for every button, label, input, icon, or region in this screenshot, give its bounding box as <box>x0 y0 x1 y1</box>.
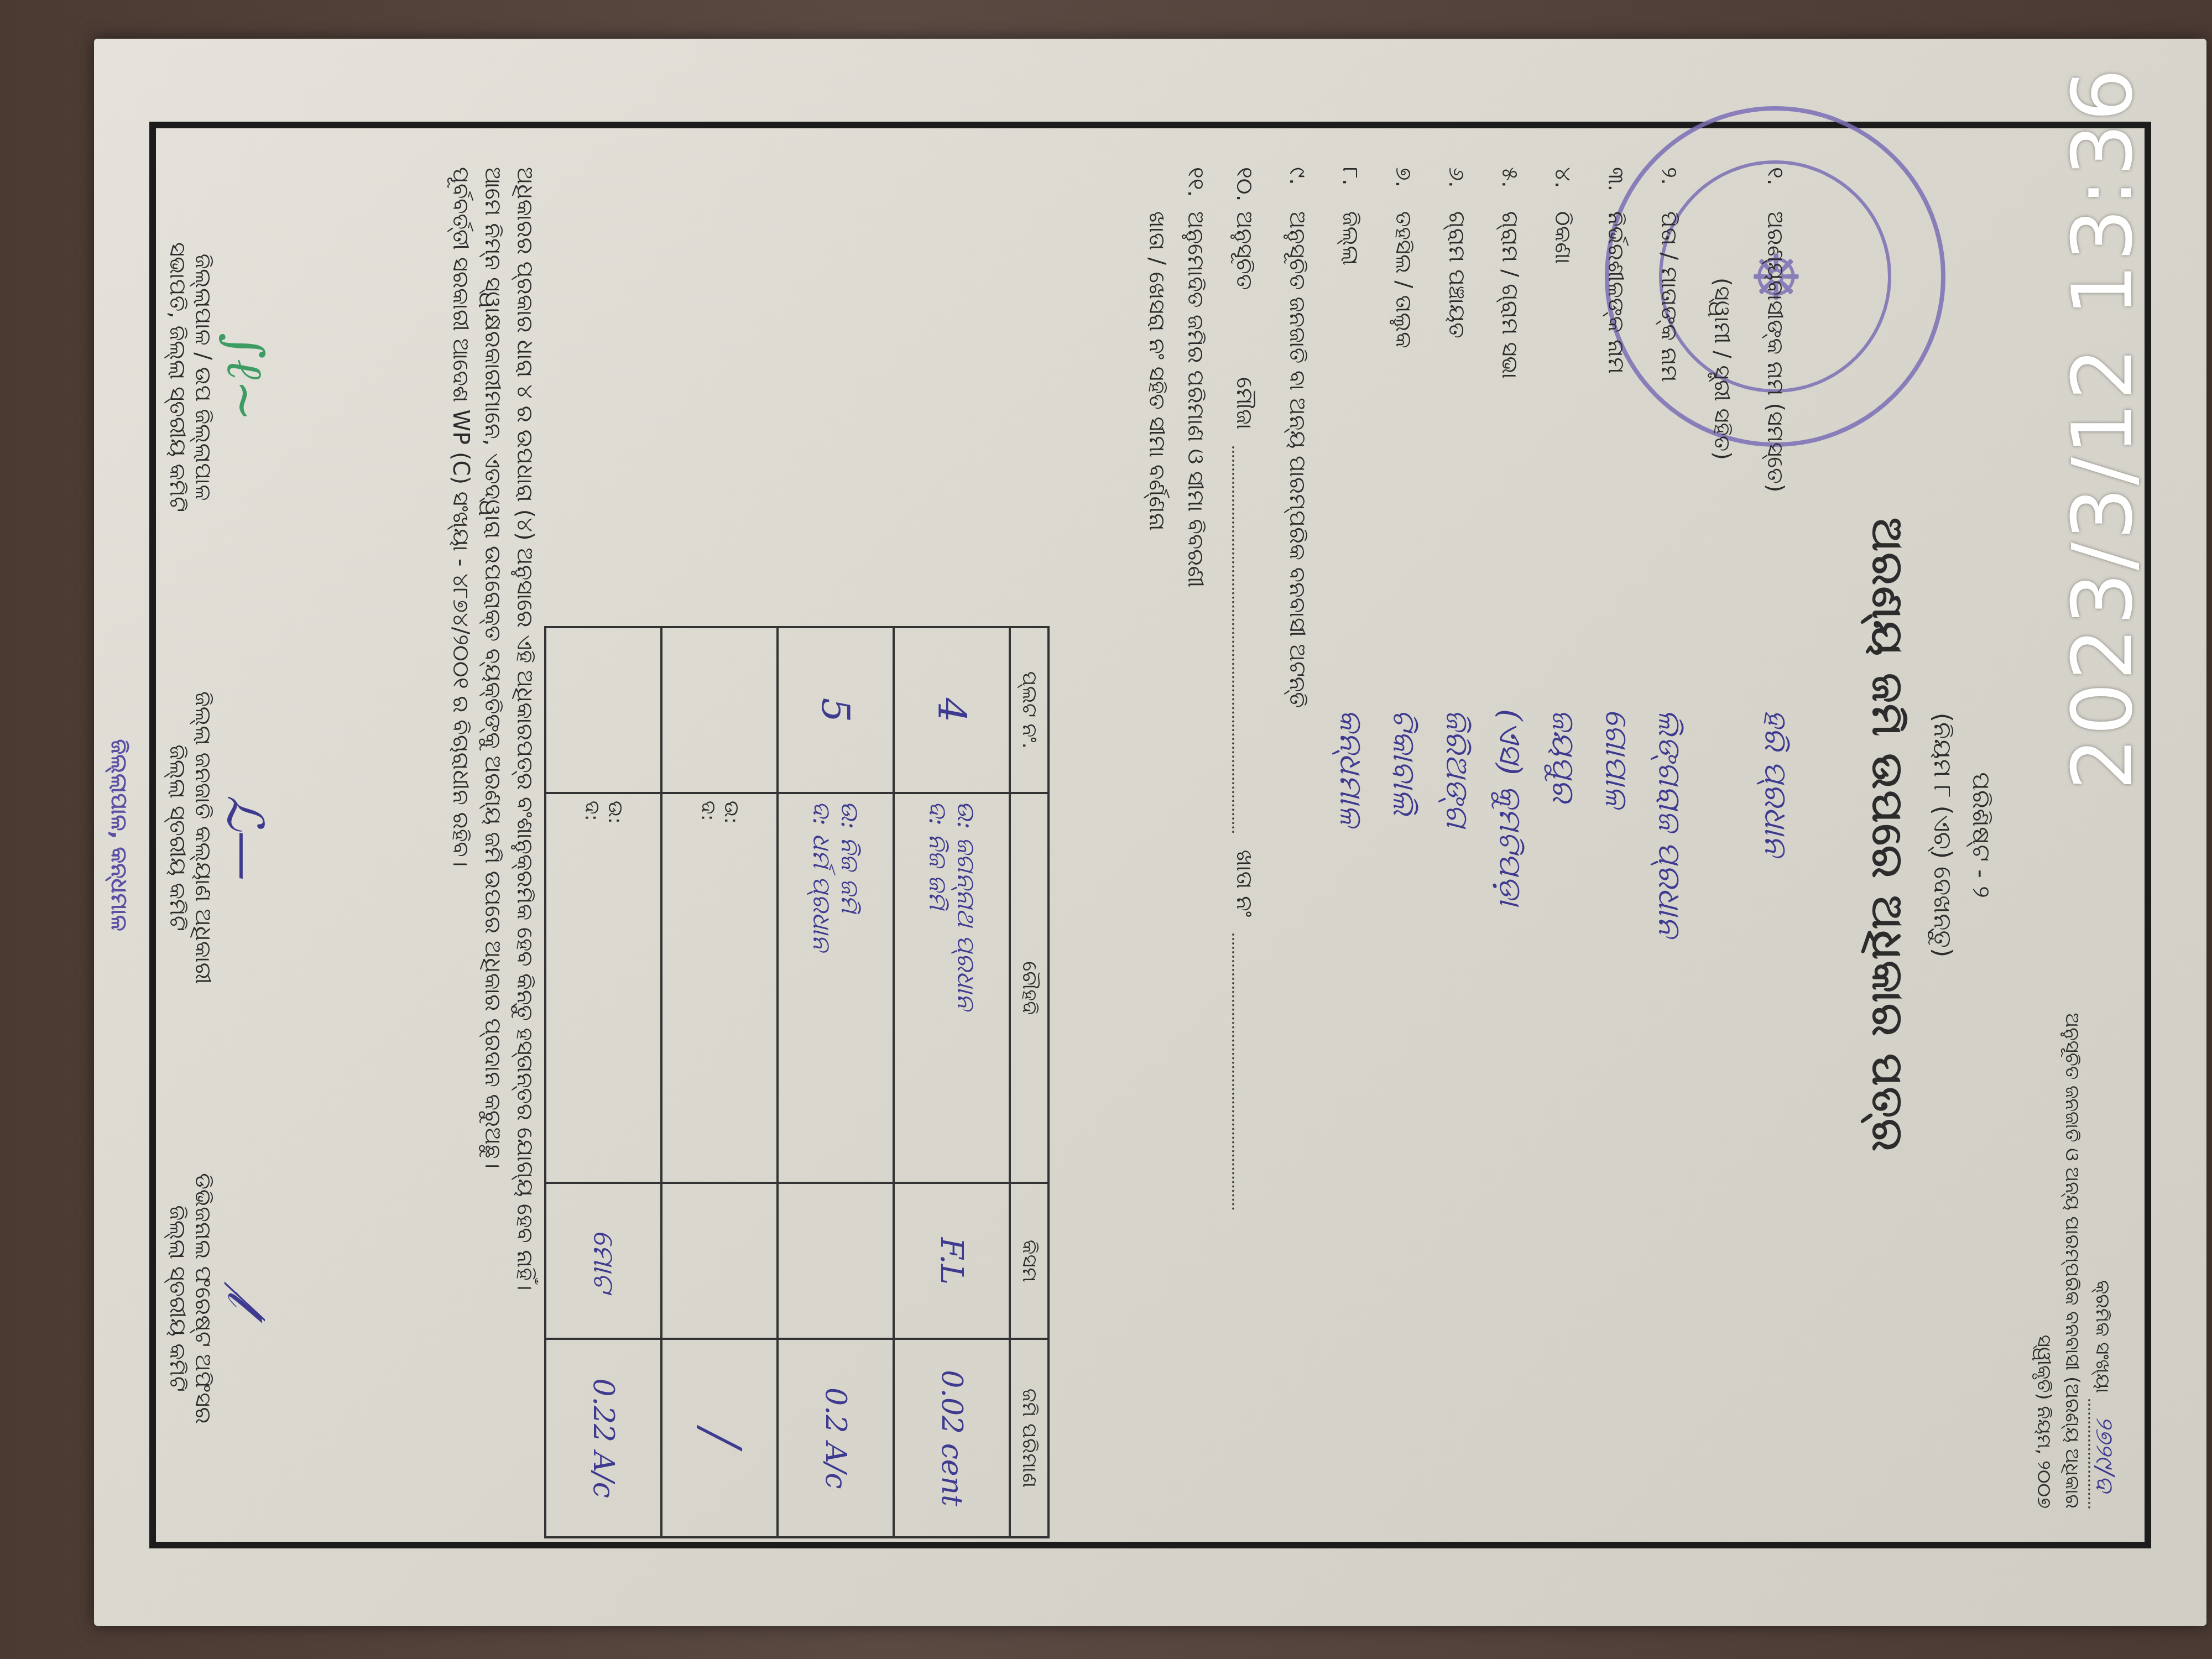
field-value: କନ୍ଧମାଳ <box>1332 709 1369 827</box>
field-label: ଜିଲ୍ଲା <box>1338 211 1363 709</box>
khata-label: ଖାତା ନଂ <box>1232 850 1257 917</box>
document-frame: କ୍ରମିକ ସଂଖ୍ୟା ୨୭୨୯/ଦ ଅନୁସୂଚିତ ଜନଜାତି ଓ ଅ… <box>149 122 2151 1548</box>
item11-sublabel: ଖାତା / ଖେସରା ନଂ ସହିତ ସୀମା ବର୍ଣ୍ଣନା <box>1144 211 1170 531</box>
field-label: ପିତା / ମାତାଙ୍କ ନାମ <box>1656 211 1682 709</box>
field-label: ଗ୍ରାମ / ଗ୍ରାମ ସଭା <box>1497 211 1522 709</box>
table-row-total: ଉ: ଦ: ମୋଟ 0.22 A/c <box>545 627 661 1537</box>
mouza-label: ମୌଜା <box>1232 377 1257 430</box>
signature-block: 𝓁̸ ଡିଭିଜନାଲ ଫରେଷ୍ଟ ଅଫିସର ଜିଲ୍ଲା ସ୍ତରୀୟ କ… <box>165 1088 274 1509</box>
annexure-label: ପରିଶିଷ୍ଟ - ୨ <box>1967 128 1995 1542</box>
serial-value: ୨୭୨୯/ଦ <box>2088 1399 2119 1509</box>
camera-timestamp: 2023/3/12 13:36 <box>2055 66 2151 790</box>
fields-list: ୧. ଅରଣ୍ୟବାସୀଙ୍କ ନାମ (ସମସ୍ତେ) ହରି ପ୍ରଧାନ … <box>1140 167 1802 1516</box>
field-row-11-sub: ଖାତା / ଖେସରା ନଂ ସହିତ ସୀମା ବର୍ଣ୍ଣନା <box>1140 167 1173 1516</box>
field-row-11: ୧୧. ଅନୁମୋଦିତ ଜମିର ପରିମାଣ ଓ ସୀମା ବିବରଣୀ <box>1173 167 1218 1516</box>
signature-row: ∫ℓ~ ଜିଲ୍ଲାପାଳ / ଉପ ଜିଲ୍ଲାପାଳ ସଭାପତି, ଜିଲ… <box>165 167 342 1509</box>
table-row: 4 ଉ: ଜଗନ୍ନାଥ ପ୍ରଧାନ ଦ: ନିଜ ଜମି F.L 0.02 … <box>894 627 1010 1537</box>
act-reference: ଅନୁସୂଚିତ ଜନଜାତି ଓ ଅନ୍ୟ ପାରମ୍ପରିକ ବନବାସୀ … <box>2030 1011 2086 1509</box>
field-label: ନିର୍ଭରଶୀଳଙ୍କ ନାମ <box>1603 211 1629 709</box>
col-boundary: ଚୌହଦି <box>1010 793 1048 1183</box>
item11-label: ଅନୁମୋଦିତ ଜମିର ପରିମାଣ ଓ ସୀମା ବିବରଣୀ <box>1183 211 1208 587</box>
field-value: (ଏସ) କୁମଟିପଡ଼ା <box>1491 709 1528 906</box>
field-value: ଟିକାବାଲି <box>1385 709 1422 816</box>
field-label: ଠିକଣା <box>1550 211 1575 709</box>
field-row: ୬. ଗ୍ରାମ ପଞ୍ଚାୟତ ଜିରିଅଙ୍ଗ <box>1430 167 1483 1516</box>
field-row: ୧. ଅରଣ୍ୟବାସୀଙ୍କ ନାମ (ସମସ୍ତେ) ହରି ପ୍ରଧାନ <box>1749 167 1802 1516</box>
field-value: ହରି ପ୍ରଧାନ <box>1757 709 1793 857</box>
plots-table: ପ୍ଲଟ ନଂ. ଚୌହଦି କିସମ ଜମି ପରିମାଣ 4 ଉ: ଜଗନ୍… <box>544 626 1050 1538</box>
para-grant: ଆମେ ନିମ୍ନ ସ୍ୱାକ୍ଷରକାରୀମାନେ, ଏତଦ୍ୱାରା ଉପର… <box>477 167 509 1509</box>
field-row: ୨. ପିତା / ମାତାଙ୍କ ନାମ ଲିଙ୍ଗରାଜ ପ୍ରଧାନ <box>1642 167 1695 1516</box>
field-value: ଜିରିଅଙ୍ଗ <box>1438 709 1475 828</box>
field-label: ଗ୍ରାମ ପଞ୍ଚାୟତ <box>1444 211 1469 709</box>
signature-green: ∫ℓ~ <box>216 167 274 587</box>
serial-block: କ୍ରମିକ ସଂଖ୍ୟା ୨୭୨୯/ଦ ଅନୁସୂଚିତ ଜନଜାତି ଓ ଅ… <box>2030 1011 2122 1509</box>
mouza-line <box>1232 446 1256 833</box>
signature-blue: ℒ— <box>216 628 274 1048</box>
field-value: ଗୋପାଳ <box>1598 709 1634 808</box>
field-row: (ସ୍ୱାମୀ / ସ୍ତ୍ରୀ ସହିତ) <box>1695 167 1749 1516</box>
collector-seal-text: ଜିଲ୍ଲାପାଳ, କନ୍ଧମାଳ <box>106 128 132 1542</box>
table-row: ଉ: ଦ: ╱ <box>661 627 778 1537</box>
field-label: (ସ୍ୱାମୀ / ସ୍ତ୍ରୀ ସହିତ) <box>1709 211 1735 775</box>
para-heritable: ଅଧିକାରର ପ୍ରକାର ଧାରା ୪ ର ଉପଧାରା (୪) ଅନୁସା… <box>509 167 541 1509</box>
field-label: ଅନୁସୂଚିତ <box>1232 211 1257 377</box>
field-label: ଅନୁସୂଚିତ ଜନଜାତି ବା ଅନ୍ୟ ପାରମ୍ପରିକ ବନବାସୀ… <box>1285 211 1310 985</box>
strike-mark: ╱ <box>661 1339 778 1537</box>
field-row: ୭. ତହସିଲ / ତାଲୁକ ଟିକାବାଲି <box>1377 167 1430 1516</box>
para-court: ପୂର୍ବବର୍ତ୍ତୀ ସରକାରୀ ଆଦେଶ WP (C) ସଂଖ୍ୟା -… <box>445 167 477 1509</box>
khata-line <box>1232 933 1256 1210</box>
table-header-row: ପ୍ଲଟ ନଂ. ଚୌହଦି କିସମ ଜମି ପରିମାଣ <box>1010 627 1048 1537</box>
field-value: ଜୟପୁର <box>1545 709 1581 802</box>
field-label: ତହସିଲ / ତାଲୁକ <box>1391 211 1416 709</box>
document-frame-wrap: କ୍ରମିକ ସଂଖ୍ୟା ୨୭୨୯/ଦ ଅନୁସୂଚିତ ଜନଜାତି ଓ ଅ… <box>149 122 2151 1548</box>
field-value: ଲିଙ୍ଗରାଜ ପ୍ରଧାନ <box>1651 709 1687 937</box>
field-row: ୯. ଅନୁସୂଚିତ ଜନଜାତି ବା ଅନ୍ୟ ପାରମ୍ପରିକ ବନବ… <box>1271 167 1324 1516</box>
field-row: ୩. ନିର୍ଭରଶୀଳଙ୍କ ନାମ ଗୋପାଳ <box>1589 167 1642 1516</box>
field-row: ୫. ଗ୍ରାମ / ଗ୍ରାମ ସଭା (ଏସ) କୁମଟିପଡ଼ା <box>1483 167 1536 1516</box>
signature-blue: 𝓁̸ <box>216 1088 274 1509</box>
col-plot-no: ପ୍ଲଟ ନଂ. <box>1010 627 1048 793</box>
field-row: ୧୦. ଅନୁସୂଚିତ ମୌଜା ଖାତା ନଂ <box>1218 167 1271 1516</box>
col-kisam: କିସମ <box>1010 1183 1048 1339</box>
serial-label: କ୍ରମିକ ସଂଖ୍ୟା <box>2091 1280 2114 1393</box>
field-row: ୪. ଠିକଣା ଜୟପୁର <box>1536 167 1589 1516</box>
table-row: 5 ଉ: ନିଜ ଜମି ଦ: ଧର୍ମ ପ୍ରଧାନ 0.2 A/c <box>778 627 894 1537</box>
signature-block: ℒ— ଜିଲ୍ଲା ଜନଜାତି କଲ୍ୟାଣ ଅଧିକାରୀ ଜିଲ୍ଲା ସ… <box>165 628 274 1048</box>
field-label: ଅରଣ୍ୟବାସୀଙ୍କ ନାମ (ସମସ୍ତେ) <box>1762 211 1788 709</box>
col-area: ଜମି ପରିମାଣ <box>1010 1339 1048 1537</box>
declaration-text: ଅଧିକାରର ପ୍ରକାର ଧାରା ୪ ର ଉପଧାରା (୪) ଅନୁସା… <box>445 167 541 1509</box>
signature-block: ∫ℓ~ ଜିଲ୍ଲାପାଳ / ଉପ ଜିଲ୍ଲାପାଳ ସଭାପତି, ଜିଲ… <box>165 167 274 587</box>
field-row: ୮. ଜିଲ୍ଲା କନ୍ଧମାଳ <box>1324 167 1377 1516</box>
